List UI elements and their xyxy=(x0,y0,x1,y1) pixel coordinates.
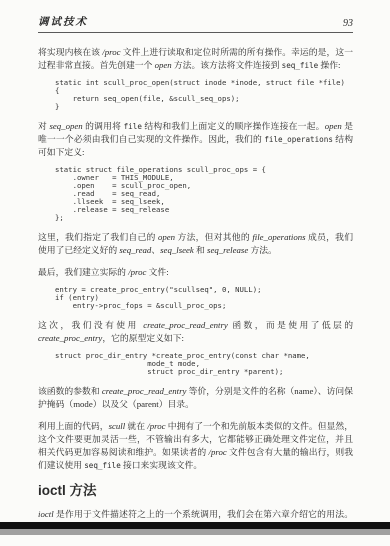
text-segment: open xyxy=(158,232,175,242)
code-block: entry = create_proc_entry("scullseq", 0,… xyxy=(55,286,353,310)
text-segment: ioctl xyxy=(38,509,54,519)
paragraph: 将实现内核在该 /proc 文件上进行读取和定位时所需的所有操作。幸运的是，这一… xyxy=(38,46,353,72)
text-segment: 利用上面的代码， xyxy=(38,421,109,431)
text-segment: 结构和我们上面定义的顺序操作连接在一起。 xyxy=(142,121,325,131)
paragraph: 对 seq_open 的调用将 file 结构和我们上面定义的顺序操作连接在一起… xyxy=(38,120,353,159)
text-segment: 该函数的参数和 xyxy=(38,386,102,396)
text-segment: 方法，但对其他的 xyxy=(175,232,252,242)
text-segment: create_proc_read_entry xyxy=(143,320,228,330)
text-segment: /proc xyxy=(128,267,146,277)
text-segment: /proc xyxy=(209,447,227,457)
text-segment: 将实现内核在该 xyxy=(38,47,102,57)
text-segment: 的调用将 xyxy=(83,121,124,131)
text-segment: /proc xyxy=(102,47,120,57)
paragraph: 该函数的参数和 create_proc_read_entry 等价，分别是文件的… xyxy=(38,385,353,411)
paragraph: 利用上面的代码，scull 就在 /proc 中拥有了一个和先前版本类似的文件。… xyxy=(38,420,353,472)
page-body: 将实现内核在该 /proc 文件上进行读取和定位时所需的所有操作。幸运的是，这一… xyxy=(38,46,353,534)
page-header: 调试技术 93 xyxy=(38,14,353,33)
text-segment: 就在 xyxy=(125,421,147,431)
text-segment: 接口来实现该文件。 xyxy=(121,460,202,470)
text-segment: 函数，而是使用了低层的 xyxy=(228,320,353,330)
text-segment: open xyxy=(155,60,172,70)
text-segment: scull xyxy=(109,421,126,431)
text-segment: /proc xyxy=(147,421,165,431)
code-block: static int scull_proc_open(struct inode … xyxy=(55,79,353,111)
text-segment: file_operations xyxy=(252,232,305,242)
text-segment: seq_release xyxy=(207,245,248,255)
text-segment: open xyxy=(325,121,342,131)
section-heading-ioctl: ioctl 方法 xyxy=(38,483,353,499)
text-segment: seq_lseek xyxy=(160,245,194,255)
text-segment: 和 xyxy=(194,245,207,255)
scan-edge-gray-bar xyxy=(0,529,390,535)
paragraph: 最后，我们建立实际的 /proc 文件: xyxy=(38,266,353,279)
text-segment: seq_read xyxy=(119,245,151,255)
text-segment: 这次，我们没有使用 xyxy=(38,320,143,330)
text-segment: file_operations xyxy=(264,135,333,144)
code-block: struct proc_dir_entry *create_proc_entry… xyxy=(55,352,353,376)
text-segment: 方法。该方法将文件连接到 xyxy=(172,60,282,70)
text-segment: 、 xyxy=(151,245,160,255)
text-segment: 操作: xyxy=(318,60,340,70)
scan-edge-black-bar xyxy=(0,522,390,529)
text-segment: 文件: xyxy=(146,267,168,277)
text-segment: seq_file xyxy=(282,61,319,70)
text-segment: 是作用于文件描述符之上的一个系统调用，我们会在第六章介绍它的用法。 xyxy=(54,509,353,519)
text-segment: file xyxy=(124,122,142,131)
text-segment: seq_open xyxy=(49,121,82,131)
text-segment: 方法。 xyxy=(248,245,277,255)
text-segment: 这里，我们指定了我们自己的 xyxy=(38,232,158,242)
page-number: 93 xyxy=(343,18,353,29)
chapter-title: 调试技术 xyxy=(38,14,88,29)
text-segment: seq_file xyxy=(84,461,121,470)
text-segment: ，它的原型定义如下: xyxy=(102,333,184,343)
code-block: static struct file_operations scull_proc… xyxy=(55,166,353,222)
text-segment: create_proc_read_entry xyxy=(102,386,187,396)
text-segment: create_proc_entry xyxy=(38,333,102,343)
paragraph: 这里，我们指定了我们自己的 open 方法，但对其他的 file_operati… xyxy=(38,231,353,257)
text-segment: 最后，我们建立实际的 xyxy=(38,267,128,277)
page-content: 调试技术 93 将实现内核在该 /proc 文件上进行读取和定位时所需的所有操作… xyxy=(38,14,353,534)
paragraph: 这次，我们没有使用 create_proc_read_entry 函数，而是使用… xyxy=(38,319,353,345)
book-page: 调试技术 93 将实现内核在该 /proc 文件上进行读取和定位时所需的所有操作… xyxy=(0,0,390,546)
text-segment: 对 xyxy=(38,121,49,131)
